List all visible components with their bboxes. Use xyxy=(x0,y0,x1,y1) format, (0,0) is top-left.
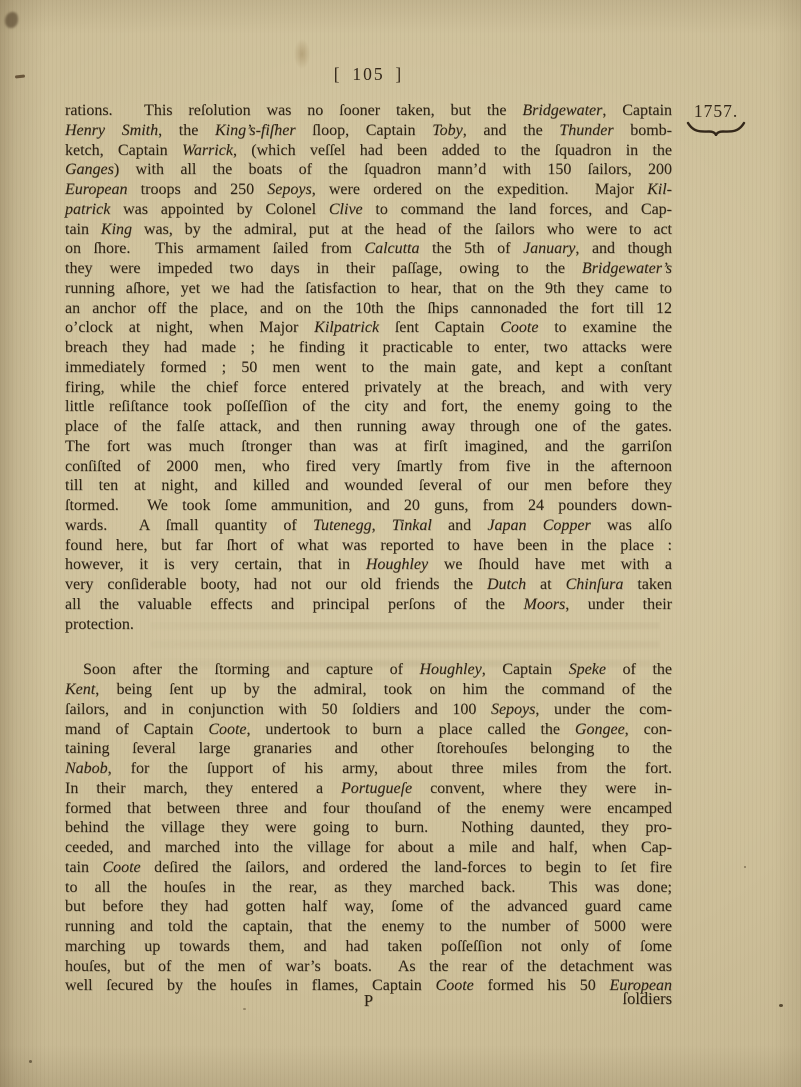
italic-text: Toby xyxy=(432,122,463,139)
text-line: taining ſeveral large granaries and othe… xyxy=(65,739,672,759)
text-line: ſtormed. We took ſome ammunition, and 20… xyxy=(65,496,672,516)
text-line: but before they had gotten half way, ſom… xyxy=(65,897,672,917)
text-line: mand of Captain Coote, undertook to burn… xyxy=(65,720,672,740)
text-line: all the valuable effects and principal p… xyxy=(65,595,672,615)
roman-text: conſiſted of 2000 men, who fired very ſm… xyxy=(65,458,672,475)
roman-text: was, by the admiral, put at the head of … xyxy=(132,221,672,238)
roman-text: , under the com- xyxy=(535,701,672,718)
roman-text: , being ſent up by the admiral, took on … xyxy=(95,681,672,698)
roman-text: , con- xyxy=(625,721,672,738)
roman-text: but before they had gotten half way, ſom… xyxy=(65,898,672,915)
margin-note: 1757. xyxy=(681,101,751,136)
paragraph: rations. This reſolution was no ſooner t… xyxy=(65,101,672,634)
text-line: patrick was appointed by Colonel Clive t… xyxy=(65,200,672,220)
body-text: rations. This reſolution was no ſooner t… xyxy=(65,101,672,996)
italic-text: European xyxy=(65,181,128,198)
italic-text: Thunder xyxy=(559,122,613,139)
roman-text: on ſhore. This armament ſailed from xyxy=(65,240,364,257)
text-line: immediately formed ; 50 men went to the … xyxy=(65,358,672,378)
italic-text: Bridgewater’s xyxy=(582,260,672,277)
text-line: ſailors, and in conjunction with 50 ſold… xyxy=(65,700,672,720)
roman-text: Soon after the ſtorming and capture of xyxy=(83,661,419,678)
text-line: conſiſted of 2000 men, who fired very ſm… xyxy=(65,457,672,477)
roman-text: mand of Captain xyxy=(65,721,208,738)
roman-text: , for the ſupport of his army, about thr… xyxy=(108,760,672,777)
roman-text: marching up towards them, and had taken … xyxy=(65,938,672,955)
roman-text: tain xyxy=(65,859,102,876)
italic-text: King’s-fiſher xyxy=(215,122,296,139)
roman-text: found here, but far ſhort of what was re… xyxy=(65,537,672,554)
italic-text: Kil- xyxy=(647,181,672,198)
italic-text: Warrick xyxy=(182,142,233,159)
text-line: formed that between three and four thouſ… xyxy=(65,799,672,819)
roman-text: very conſiderable booty, had not our old… xyxy=(65,576,487,593)
italic-text: Clive xyxy=(329,201,363,218)
roman-text: bomb- xyxy=(614,122,672,139)
roman-text: firing, while the chief force entered pr… xyxy=(65,379,672,396)
catchword: ſoldiers xyxy=(623,989,673,1009)
text-line: The fort was much ſtronger than was at f… xyxy=(65,437,672,457)
roman-text: formed that between three and four thouſ… xyxy=(65,800,672,817)
text-line: rations. This reſolution was no ſooner t… xyxy=(65,101,672,121)
roman-text: ceeded, and marched into the village for… xyxy=(65,839,672,856)
roman-text: ſailors, and in conjunction with 50 ſold… xyxy=(65,701,491,718)
roman-text: rations. This reſolution was no ſooner t… xyxy=(65,102,522,119)
text-line: Nabob, for the ſupport of his army, abou… xyxy=(65,759,672,779)
roman-text: we ſhould have met with a xyxy=(428,556,672,573)
text-line: very conſiderable booty, had not our old… xyxy=(65,575,672,595)
italic-text: Coote xyxy=(102,859,140,876)
text-line: on ſhore. This armament ſailed from Calc… xyxy=(65,239,672,259)
page-number: [ 105 ] xyxy=(65,64,672,85)
roman-text: wards. A ſmall quantity of xyxy=(65,517,313,534)
roman-text: breach they had made ; he finding it pra… xyxy=(65,339,672,356)
text-line: an anchor off the place, and on the 10th… xyxy=(65,299,672,319)
roman-text: behind the village they were going to bu… xyxy=(65,819,672,836)
brace-icon xyxy=(685,121,747,136)
roman-text: , and though xyxy=(575,240,672,257)
text-line: tain King was, by the admiral, put at th… xyxy=(65,220,672,240)
roman-text: place of the falſe attack, and then runn… xyxy=(65,418,672,435)
text-line: breach they had made ; he finding it pra… xyxy=(65,338,672,358)
paper-speck xyxy=(29,1060,32,1063)
roman-text: , and the xyxy=(463,122,560,139)
roman-text: to command the land forces, and Cap- xyxy=(363,201,672,218)
roman-text: , Captain xyxy=(482,661,569,678)
roman-text: , xyxy=(372,517,392,534)
italic-text: Houghley xyxy=(366,556,428,573)
italic-text: Coote xyxy=(208,721,246,738)
text-line: however, it is very certain, that in Hou… xyxy=(65,555,672,575)
roman-text: troops and 250 xyxy=(128,181,268,198)
text-line: houſes, but of the men of war’s boats. A… xyxy=(65,957,672,977)
roman-text: an anchor off the place, and on the 10th… xyxy=(65,300,672,317)
roman-text: was appointed by Colonel xyxy=(110,201,329,218)
italic-text: Moors xyxy=(523,596,565,613)
paragraph: Soon after the ſtorming and capture of H… xyxy=(65,660,672,996)
text-line: marching up towards them, and had taken … xyxy=(65,937,672,957)
roman-text: till ten at night, and killed and wounde… xyxy=(65,477,672,494)
roman-text: deſired the ſailors, and ordered the lan… xyxy=(141,859,672,876)
italic-text: Tinkal xyxy=(392,517,432,534)
ink-blot-stain xyxy=(5,12,18,28)
roman-text: however, it is very certain, that in xyxy=(65,556,366,573)
text-line: ceeded, and marched into the village for… xyxy=(65,838,672,858)
text-line: till ten at night, and killed and wounde… xyxy=(65,476,672,496)
text-line: running aſhore, yet we had the ſatisfact… xyxy=(65,279,672,299)
text-line: running and told the captain, that the e… xyxy=(65,917,672,937)
text-line: wards. A ſmall quantity of Tutenegg, Tin… xyxy=(65,516,672,536)
text-line: tain Coote deſired the ſailors, and orde… xyxy=(65,858,672,878)
roman-text: convent, where they were in- xyxy=(412,780,672,797)
text-line: they were impeded two days in their paſſ… xyxy=(65,259,672,279)
roman-text: they were impeded two days in their paſſ… xyxy=(65,260,582,277)
footer-row: P ſoldiers xyxy=(65,989,672,1011)
text-line: o’clock at night, when Major Kilpatrick … xyxy=(65,318,672,338)
roman-text: little reſiſtance took poſſeſſion of the… xyxy=(65,398,672,415)
italic-text: Bridgewater xyxy=(522,102,602,119)
text-line: ketch, Captain Warrick, (which veſſel ha… xyxy=(65,141,672,161)
italic-text: patrick xyxy=(65,201,110,218)
roman-text: ketch, Captain xyxy=(65,142,182,159)
text-line: place of the falſe attack, and then runn… xyxy=(65,417,672,437)
italic-text: January xyxy=(523,240,575,257)
roman-text: protection. xyxy=(65,616,134,633)
text-line: Henry Smith, the King’s-fiſher ſloop, Ca… xyxy=(65,121,672,141)
roman-text: , the xyxy=(158,122,215,139)
italic-text: Kent xyxy=(65,681,95,698)
roman-text: o’clock at night, when Major xyxy=(65,319,314,336)
text-line: Ganges) with all the boats of the ſquadr… xyxy=(65,160,672,180)
text-line: to all the houſes in the rear, as they m… xyxy=(65,878,672,898)
italic-text: King xyxy=(101,221,132,238)
italic-text: Ganges xyxy=(65,161,114,178)
italic-text: Dutch xyxy=(487,576,526,593)
text-line: behind the village they were going to bu… xyxy=(65,818,672,838)
roman-text: , undertook to burn a place called the xyxy=(247,721,575,738)
text-line: Kent, being ſent up by the admiral, took… xyxy=(65,680,672,700)
roman-text: running aſhore, yet we had the ſatisfact… xyxy=(65,280,672,297)
italic-text: Kilpatrick xyxy=(314,319,379,336)
signature-mark: P xyxy=(364,991,373,1011)
roman-text: , under their xyxy=(565,596,672,613)
italic-text: Portugueſe xyxy=(341,780,412,797)
italic-text: Sepoys xyxy=(267,181,311,198)
italic-text: Tutenegg xyxy=(313,517,372,534)
roman-text: The fort was much ſtronger than was at f… xyxy=(65,438,672,455)
roman-text: In their march, they entered a xyxy=(65,780,341,797)
roman-text: ſloop, Captain xyxy=(296,122,433,139)
roman-text: was alſo xyxy=(591,517,672,534)
roman-text: at xyxy=(526,576,566,593)
roman-text: of the xyxy=(606,661,672,678)
paper-speck xyxy=(744,866,746,868)
roman-text: tain xyxy=(65,221,101,238)
text-line: In their march, they entered a Portugueſ… xyxy=(65,779,672,799)
roman-text: taining ſeveral large granaries and othe… xyxy=(65,740,672,757)
text-line: found here, but far ſhort of what was re… xyxy=(65,536,672,556)
text-line: little reſiſtance took poſſeſſion of the… xyxy=(65,397,672,417)
italic-text: Japan Copper xyxy=(487,517,590,534)
italic-text: Houghley xyxy=(419,661,481,678)
roman-text: , Captain xyxy=(602,102,672,119)
roman-text: all the valuable effects and principal p… xyxy=(65,596,523,613)
roman-text: running and told the captain, that the e… xyxy=(65,918,672,935)
italic-text: Sepoys xyxy=(491,701,535,718)
roman-text: and xyxy=(432,517,488,534)
text-line: protection. xyxy=(65,615,672,635)
roman-text: the 5th of xyxy=(420,240,523,257)
roman-text: ſent Captain xyxy=(379,319,500,336)
text-line: Soon after the ſtorming and capture of H… xyxy=(65,660,672,680)
italic-text: Gongee xyxy=(575,721,625,738)
pen-dash-mark xyxy=(15,74,25,78)
book-page: [ 105 ] 1757. rations. This reſolution w… xyxy=(0,0,801,1087)
roman-text: taken xyxy=(623,576,672,593)
italic-text: Calcutta xyxy=(364,240,419,257)
roman-text: immediately formed ; 50 men went to the … xyxy=(65,359,672,376)
paper-speck xyxy=(779,1004,783,1007)
roman-text: , (which veſſel had been added to the ſq… xyxy=(233,142,672,159)
italic-text: Coote xyxy=(500,319,538,336)
italic-text: Speke xyxy=(569,661,606,678)
roman-text: to examine the xyxy=(538,319,672,336)
italic-text: Nabob xyxy=(65,760,108,777)
roman-text: to all the houſes in the rear, as they m… xyxy=(65,879,672,896)
italic-text: Henry Smith xyxy=(65,122,158,139)
roman-text: houſes, but of the men of war’s boats. A… xyxy=(65,958,672,975)
text-line: European troops and 250 Sepoys, were ord… xyxy=(65,180,672,200)
roman-text: ſtormed. We took ſome ammunition, and 20… xyxy=(65,497,672,514)
roman-text: , were ordered on the expedition. Major xyxy=(312,181,647,198)
italic-text: Chinſura xyxy=(566,576,624,593)
margin-year: 1757. xyxy=(681,101,751,122)
text-line: firing, while the chief force entered pr… xyxy=(65,378,672,398)
roman-text: ) with all the boats of the ſquadron man… xyxy=(114,161,672,178)
